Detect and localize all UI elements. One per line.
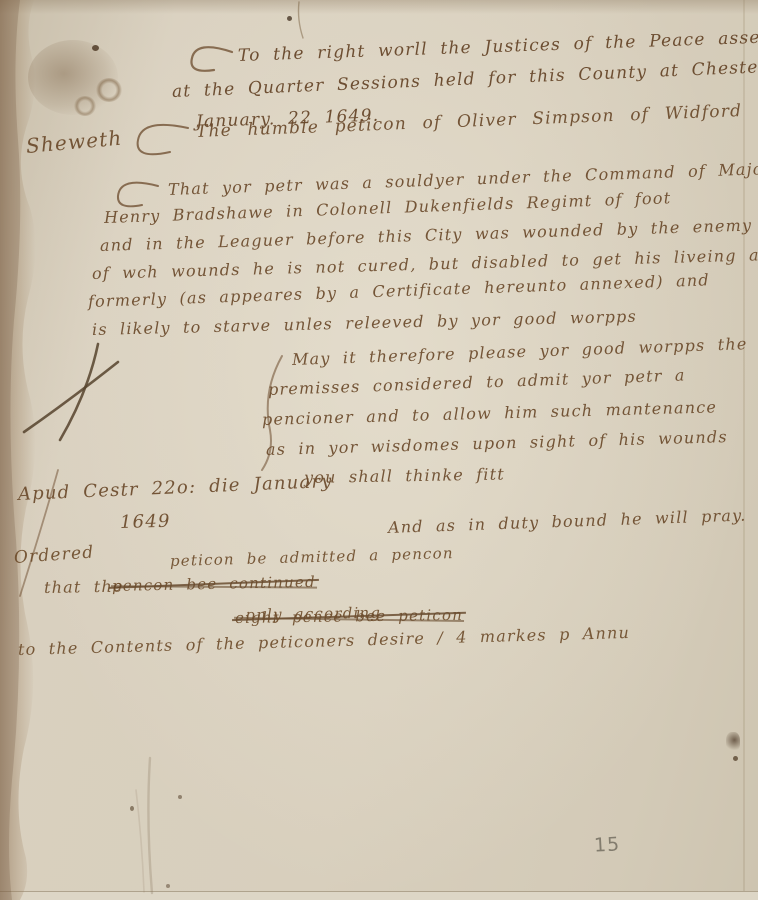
ink-speck — [178, 795, 182, 799]
margin-date-line: 1649 — [120, 511, 171, 533]
cross-mark-icon — [24, 344, 118, 440]
closing-line: And as in duty bound he will pray. — [388, 505, 747, 537]
margin-date-line: Apud Cestr 22o: die January — [18, 471, 333, 505]
prayer-line: as in yor wisdomes upon sight of his wou… — [266, 427, 728, 459]
ink-smudge — [726, 732, 740, 752]
corner-stain — [28, 40, 118, 115]
salutation-line: The humble peticon of Oliver Simpson of … — [196, 101, 743, 142]
ink-speck — [130, 806, 134, 811]
prayer-line: premisses considered to admit yor petr a — [268, 365, 686, 399]
endorsement-line: only according — [246, 604, 381, 624]
prayer-line: pencioner and to allow him such mantenan… — [262, 397, 718, 429]
prayer-line: May it therefore please yor good worpps … — [292, 334, 748, 369]
paper-bottom-edge — [0, 891, 758, 900]
manuscript-page: To the right worll the Justices of the P… — [0, 0, 758, 900]
prayer-line: you shall thinke fitt — [304, 464, 505, 487]
archive-number: 15 — [593, 833, 620, 856]
endorsement-line: peticon be admitted a pencon — [170, 544, 454, 570]
ring-stain — [96, 78, 122, 102]
sheweth-label: Sheweth — [25, 126, 123, 158]
ink-speck — [733, 756, 738, 761]
body-line: is likely to starve unles releeved by yo… — [92, 307, 637, 339]
ink-speck — [166, 884, 170, 888]
paper-right-edge — [743, 0, 745, 900]
ink-speck — [92, 45, 99, 51]
endorsement-struck-line: pencon bee continued — [112, 573, 316, 595]
paper-top-wear — [0, 0, 758, 14]
ink-speck — [287, 16, 292, 21]
ring-stain — [74, 96, 96, 116]
endorsement-line: to the Contents of the peticoners desire… — [18, 623, 631, 659]
endorsement-ordered-label: Ordered — [13, 542, 95, 568]
